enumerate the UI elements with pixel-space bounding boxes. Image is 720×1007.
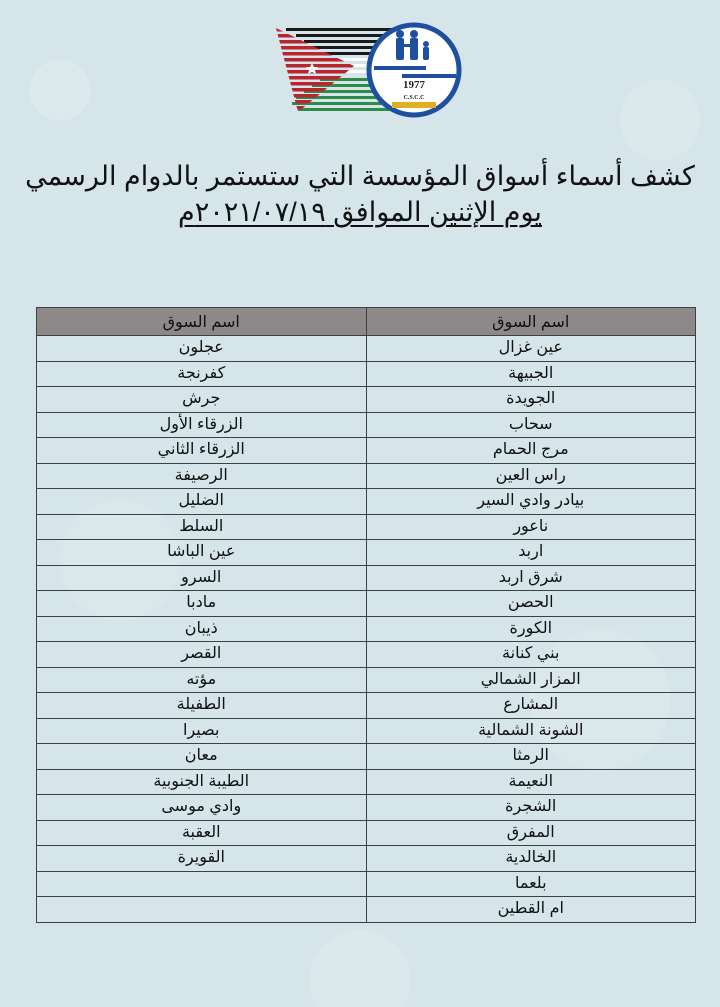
table-cell: المشارع	[366, 693, 696, 719]
table-row: بلعما	[37, 871, 696, 897]
table-cell: بني كنانة	[366, 642, 696, 668]
table-cell: العقبة	[37, 820, 367, 846]
table-cell: الجبيهة	[366, 361, 696, 387]
table-cell: الزرقاء الثاني	[37, 438, 367, 464]
table-cell: وادي موسى	[37, 795, 367, 821]
table-cell: عجلون	[37, 336, 367, 362]
table-cell: الحصن	[366, 591, 696, 617]
title-line-2-date: يوم الإثنين الموافق ٢٠٢١/٠٧/١٩م	[178, 194, 542, 230]
table-row: اربدعين الباشا	[37, 540, 696, 566]
table-cell: ناعور	[366, 514, 696, 540]
table-row: الرمثامعان	[37, 744, 696, 770]
column-header-market-name-right: اسم السوق	[366, 308, 696, 336]
table-row: الشجرةوادي موسى	[37, 795, 696, 821]
logo: 1977 C.S.C.C	[276, 22, 466, 118]
table-row: شرق اربدالسرو	[37, 565, 696, 591]
table-cell: مرج الحمام	[366, 438, 696, 464]
table-cell	[37, 897, 367, 923]
table-row: ناعورالسلط	[37, 514, 696, 540]
table-row: الكورةذيبان	[37, 616, 696, 642]
table-cell: الخالدية	[366, 846, 696, 872]
table-row: الخالديةالقويرة	[37, 846, 696, 872]
table-cell: بصيرا	[37, 718, 367, 744]
table-cell: الطفيلة	[37, 693, 367, 719]
table-cell: السلط	[37, 514, 367, 540]
table-row: بيادر وادي السيرالضليل	[37, 489, 696, 515]
table-row: سحابالزرقاء الأول	[37, 412, 696, 438]
table-cell: اربد	[366, 540, 696, 566]
table-cell: الرمثا	[366, 744, 696, 770]
title-line-1: كشف أسماء أسواق المؤسسة التي ستستمر بالد…	[0, 158, 720, 194]
table-row: عين غزالعجلون	[37, 336, 696, 362]
table-cell: الشجرة	[366, 795, 696, 821]
cscc-emblem-icon: 1977 C.S.C.C	[366, 22, 462, 118]
table-cell: القصر	[37, 642, 367, 668]
table-cell: القويرة	[37, 846, 367, 872]
table-cell: بلعما	[366, 871, 696, 897]
table-row: ام القطين	[37, 897, 696, 923]
table-cell: كفرنجة	[37, 361, 367, 387]
table-cell: عين الباشا	[37, 540, 367, 566]
table-cell: الجويدة	[366, 387, 696, 413]
table-row: بني كنانةالقصر	[37, 642, 696, 668]
table-cell: النعيمة	[366, 769, 696, 795]
table-cell: مادبا	[37, 591, 367, 617]
table-cell: الطيبة الجنوبية	[37, 769, 367, 795]
table-cell: عين غزال	[366, 336, 696, 362]
table-cell: الكورة	[366, 616, 696, 642]
table-cell: مؤته	[37, 667, 367, 693]
table-cell: الزرقاء الأول	[37, 412, 367, 438]
svg-text:1977: 1977	[403, 79, 426, 91]
table-cell: الرصيفة	[37, 463, 367, 489]
table-row: الجبيهةكفرنجة	[37, 361, 696, 387]
document-title: كشف أسماء أسواق المؤسسة التي ستستمر بالد…	[0, 158, 720, 230]
table-row: الشونة الشماليةبصيرا	[37, 718, 696, 744]
table-row: الجويدةجرش	[37, 387, 696, 413]
table-cell: السرو	[37, 565, 367, 591]
table-cell: المفرق	[366, 820, 696, 846]
table-cell: معان	[37, 744, 367, 770]
table-cell: الشونة الشمالية	[366, 718, 696, 744]
table-cell: ام القطين	[366, 897, 696, 923]
table-cell: ذيبان	[37, 616, 367, 642]
table-row: المزار الشماليمؤته	[37, 667, 696, 693]
table-row: المفرقالعقبة	[37, 820, 696, 846]
table-cell: المزار الشمالي	[366, 667, 696, 693]
table-cell: الضليل	[37, 489, 367, 515]
svg-text:C.S.C.C: C.S.C.C	[404, 95, 425, 101]
table-cell: شرق اربد	[366, 565, 696, 591]
table-cell: راس العين	[366, 463, 696, 489]
table-cell: جرش	[37, 387, 367, 413]
column-header-market-name-left: اسم السوق	[37, 308, 367, 336]
table-row: مرج الحمامالزرقاء الثاني	[37, 438, 696, 464]
table-cell: سحاب	[366, 412, 696, 438]
table-cell	[37, 871, 367, 897]
markets-table: اسم السوق اسم السوق عين غزالعجلون الجبيه…	[36, 307, 696, 923]
table-row: الحصنمادبا	[37, 591, 696, 617]
table-row: راس العينالرصيفة	[37, 463, 696, 489]
table-header-row: اسم السوق اسم السوق	[37, 308, 696, 336]
table-row: المشارعالطفيلة	[37, 693, 696, 719]
table-row: النعيمةالطيبة الجنوبية	[37, 769, 696, 795]
table-cell: بيادر وادي السير	[366, 489, 696, 515]
